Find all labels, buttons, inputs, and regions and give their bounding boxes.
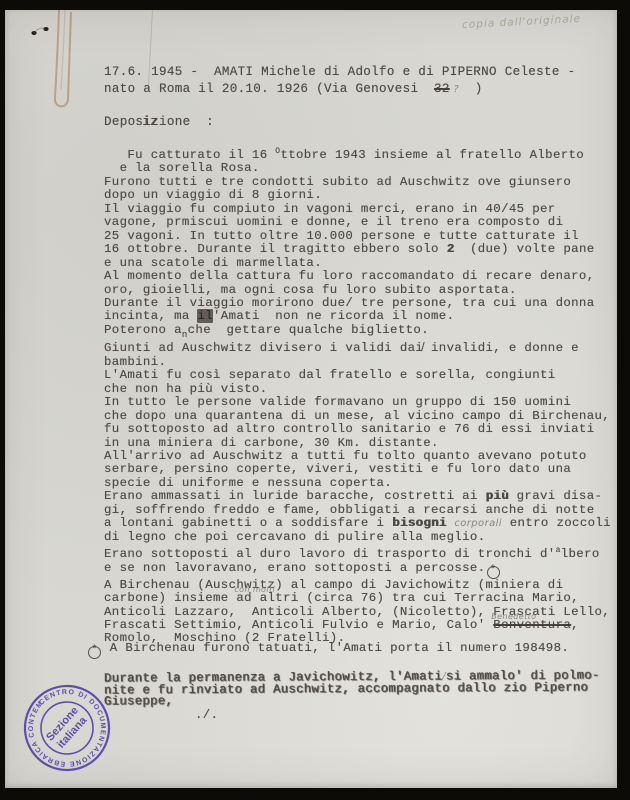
typed-text: lbero — [561, 547, 600, 561]
typed-line: che non ha più visto. — [104, 383, 611, 396]
typed-line: Deposizione : — [104, 114, 214, 130]
typed-text: (due) volte pane — [454, 242, 594, 256]
handwritten-correction: Benedetto — [491, 610, 536, 623]
closing-paragraph: Durante la permanenza a Javichowitz, l'A… — [104, 672, 600, 707]
typed-text: altri (circa 76) tra cui Terracina Mario… — [252, 591, 579, 605]
typed-text: Frascati Settimio, Anticoli Fulvio e Mar… — [104, 618, 493, 632]
typed-line: bambini. — [104, 356, 611, 369]
typed-text: Furono tutti e tre condotti subito ad Au… — [104, 175, 571, 189]
typed-line: e la sorella Rosa. — [104, 162, 611, 175]
typed-text: Giunti ad Auschwitz divisero i validi da… — [104, 341, 579, 355]
typed-text: bambini. — [104, 355, 166, 369]
typed-text: Al momento della cattura fu loro raccoma… — [104, 269, 595, 283]
typed-line: L'Amati fu così separato dal fratello e … — [104, 369, 611, 382]
typed-line: dopo un viaggio di 8 giorni. — [104, 189, 611, 202]
typed-line: Furono tutti e tre condotti subito ad Au… — [104, 176, 611, 189]
typed-line: carbone) insieme con moltiad altri (circ… — [104, 592, 611, 605]
typed-text: dopo un viaggio di 8 giorni. — [104, 188, 322, 202]
typed-line: nato a Roma il 20.10. 1926 (Via Genovesi… — [104, 81, 575, 99]
screenshot-root: { "meta": { "annotation_top_right": "cop… — [0, 0, 630, 800]
typed-text: oro, gioielli, ma ogni cosa fu loro subi… — [104, 283, 517, 297]
typed-line: e se non lavoravano, erano sottoposti a … — [104, 562, 611, 579]
typed-text: 25 vagoni. In tutto oltre 10.000 persone… — [104, 229, 579, 243]
typed-text: vagone, prmiscui uomini e donne, e il tr… — [104, 215, 563, 229]
typed-text: 'Amati non ne ricorda il nome. — [213, 309, 454, 323]
handwritten-correction: con molti — [234, 583, 275, 596]
typed-text-bold: bisogni — [392, 516, 447, 530]
typed-line: All'arrivo ad Auschwitz a tutti fu tolto… — [104, 450, 611, 463]
typed-text: Poterono a — [104, 323, 182, 337]
typed-line: 25 vagoni. In tutto oltre 10.000 persone… — [104, 230, 611, 243]
paperclip-mark — [25, 10, 95, 122]
typed-line: fu sottoposto ad altro controllo sanitar… — [104, 423, 611, 436]
document-body: Fu catturato il 16 Ottobre 1943 insieme … — [104, 145, 611, 646]
handwritten-text: ? — [450, 84, 459, 95]
typed-line: Durante il viaggio morirono due/ tre per… — [104, 297, 611, 310]
typed-line: Frascati Settimio, Anticoli Fulvio e Mar… — [104, 619, 611, 632]
typed-text: in una miniera di carbone, 30 Km. distan… — [104, 436, 439, 450]
typed-text: ) — [459, 82, 483, 96]
typed-text: Erano ammassati in luride baracche, cost… — [104, 489, 486, 503]
typed-text: gravi disa- — [509, 489, 602, 503]
typed-text: fu sottoposto ad altro controllo sanitar… — [104, 422, 595, 436]
typed-line: vagone, prmiscui uomini e donne, e il tr… — [104, 216, 611, 229]
typed-text: In tutto le persone valide formavano un … — [104, 395, 571, 409]
corrected-text: BenedettoBonventura — [493, 618, 571, 632]
typed-text-bold: più — [486, 489, 509, 503]
typed-line: * A Birchenau furono tatuati, l'Amati po… — [87, 642, 569, 659]
typed-text: e se non lavoravano, erano sottoposti a … — [104, 561, 486, 575]
typed-line: Il viaggio fu compiuto in vagoni merci, … — [104, 203, 611, 216]
typed-line: Giunti ad Auschwitz divisero i validi da… — [104, 342, 611, 355]
typed-text: 16 ottobre. Durante il tragitto ebbero s… — [104, 242, 447, 256]
typed-text: ione : — [159, 115, 214, 129]
typed-text: e la sorella Rosa. — [104, 161, 260, 175]
typed-text: Il viaggio fu compiuto in vagoni merci, … — [104, 202, 556, 216]
typed-text: a lontani gabinetti o a soddisfare i — [104, 516, 392, 530]
typed-line: Al momento della cattura fu loro raccoma… — [104, 270, 611, 283]
paper-sheet: copia dall'originale 17.6. 1945 - AMATI … — [5, 10, 617, 788]
overtyped-text: iz — [143, 115, 159, 129]
typed-line: In tutto le persone valide formavano un … — [104, 396, 611, 409]
typed-text: , — [571, 618, 579, 632]
margin-note: * A Birchenau furono tatuati, l'Amati po… — [87, 642, 569, 659]
typed-text: serbare, persino coperte, viveri, vestit… — [104, 462, 571, 476]
typed-text: Depos — [104, 115, 143, 129]
typed-line: 17.6. 1945 - AMATI Michele di Adolfo e d… — [104, 64, 575, 81]
typed-text: entro zoccoli — [502, 516, 611, 530]
typed-line: che dopo una quarantena di un mese, al v… — [104, 410, 611, 423]
typed-text: L'Amati fu così separato dal fratello e … — [104, 368, 556, 382]
typed-line: incinta, ma il'Amati non ne ricorda il n… — [104, 310, 611, 323]
handwritten-text: corporali — [454, 518, 502, 529]
typed-line: Erano sottoposti al duro lavoro di trasp… — [104, 544, 611, 561]
typed-line: a lontani gabinetti o a soddisfare i bis… — [104, 517, 611, 530]
pencil-annotation: copia dall'originale — [462, 13, 582, 31]
typed-text: gi, soffrendo freddo e fame, obbligati a… — [104, 503, 595, 517]
typed-line: oro, gioielli, ma ogni cosa fu loro subi… — [104, 284, 611, 297]
struck-text: 32 — [434, 82, 450, 96]
typed-line: serbare, persino coperte, viveri, vestit… — [104, 463, 611, 476]
blotted-text: il — [197, 309, 213, 323]
typed-text: Fu catturato il 16 — [104, 148, 275, 162]
corrected-text: con moltiad — [236, 591, 252, 605]
typed-line: A Birchenau (Auschwitz) al campo di Javi… — [104, 579, 611, 592]
typed-text: A Birchenau furono tatuati, l'Amati port… — [102, 641, 569, 655]
typed-text: nato a Roma il 20.10. 1926 (Via Genovesi — [104, 82, 434, 96]
typed-text: che dopo una quarantena di un mese, al v… — [104, 409, 610, 423]
typed-text: che gettare qualche biglietto. — [188, 323, 429, 337]
deposition-label: Deposizione : — [104, 114, 214, 130]
typed-line: 16 ottobre. Durante il tragitto ebbero s… — [104, 243, 611, 256]
typed-text: ttobre 1943 insieme al fratello Alberto — [280, 148, 584, 162]
typed-text: Durante il viaggio morirono due/ tre per… — [104, 296, 595, 310]
typed-text: di legno che poi cercavano di pulire all… — [104, 530, 486, 544]
typed-text: carbone) insieme — [104, 591, 236, 605]
typed-line: in una miniera di carbone, 30 Km. distan… — [104, 437, 611, 450]
typed-line: Erano ammassati in luride baracche, cost… — [104, 490, 611, 503]
typed-text: che non ha più visto. — [104, 382, 268, 396]
typed-line: Giuseppe, — [104, 694, 600, 709]
typed-line: e una scatole di marmellata. — [104, 257, 611, 270]
typed-line: di legno che poi cercavano di pulire all… — [104, 531, 611, 544]
typed-text: incinta, ma — [104, 309, 197, 323]
typed-line: specie di uniforme e nessuna coperta. — [104, 477, 611, 490]
typed-line: gi, soffrendo freddo e fame, obbligati a… — [104, 504, 611, 517]
typed-line: Fu catturato il 16 Ottobre 1943 insieme … — [104, 145, 611, 162]
document-header: 17.6. 1945 - AMATI Michele di Adolfo e d… — [104, 64, 575, 98]
typed-text: 17.6. 1945 - AMATI Michele di Adolfo e d… — [104, 65, 575, 79]
end-mark: ./. — [195, 708, 218, 722]
typed-text: specie di uniforme e nessuna coperta. — [104, 476, 392, 490]
circled-asterisk-mark: * — [88, 646, 101, 659]
typed-text: All'arrivo ad Auschwitz a tutti fu tolto… — [104, 449, 587, 463]
typed-text: Erano sottoposti al duro lavoro di trasp… — [104, 547, 556, 561]
typed-line: Poterono anche gettare qualche biglietto… — [104, 324, 611, 342]
typed-text: e una scatole di marmellata. — [104, 256, 322, 270]
typed-text: A Birchenau (Auschwitz) al campo di Javi… — [104, 578, 563, 592]
